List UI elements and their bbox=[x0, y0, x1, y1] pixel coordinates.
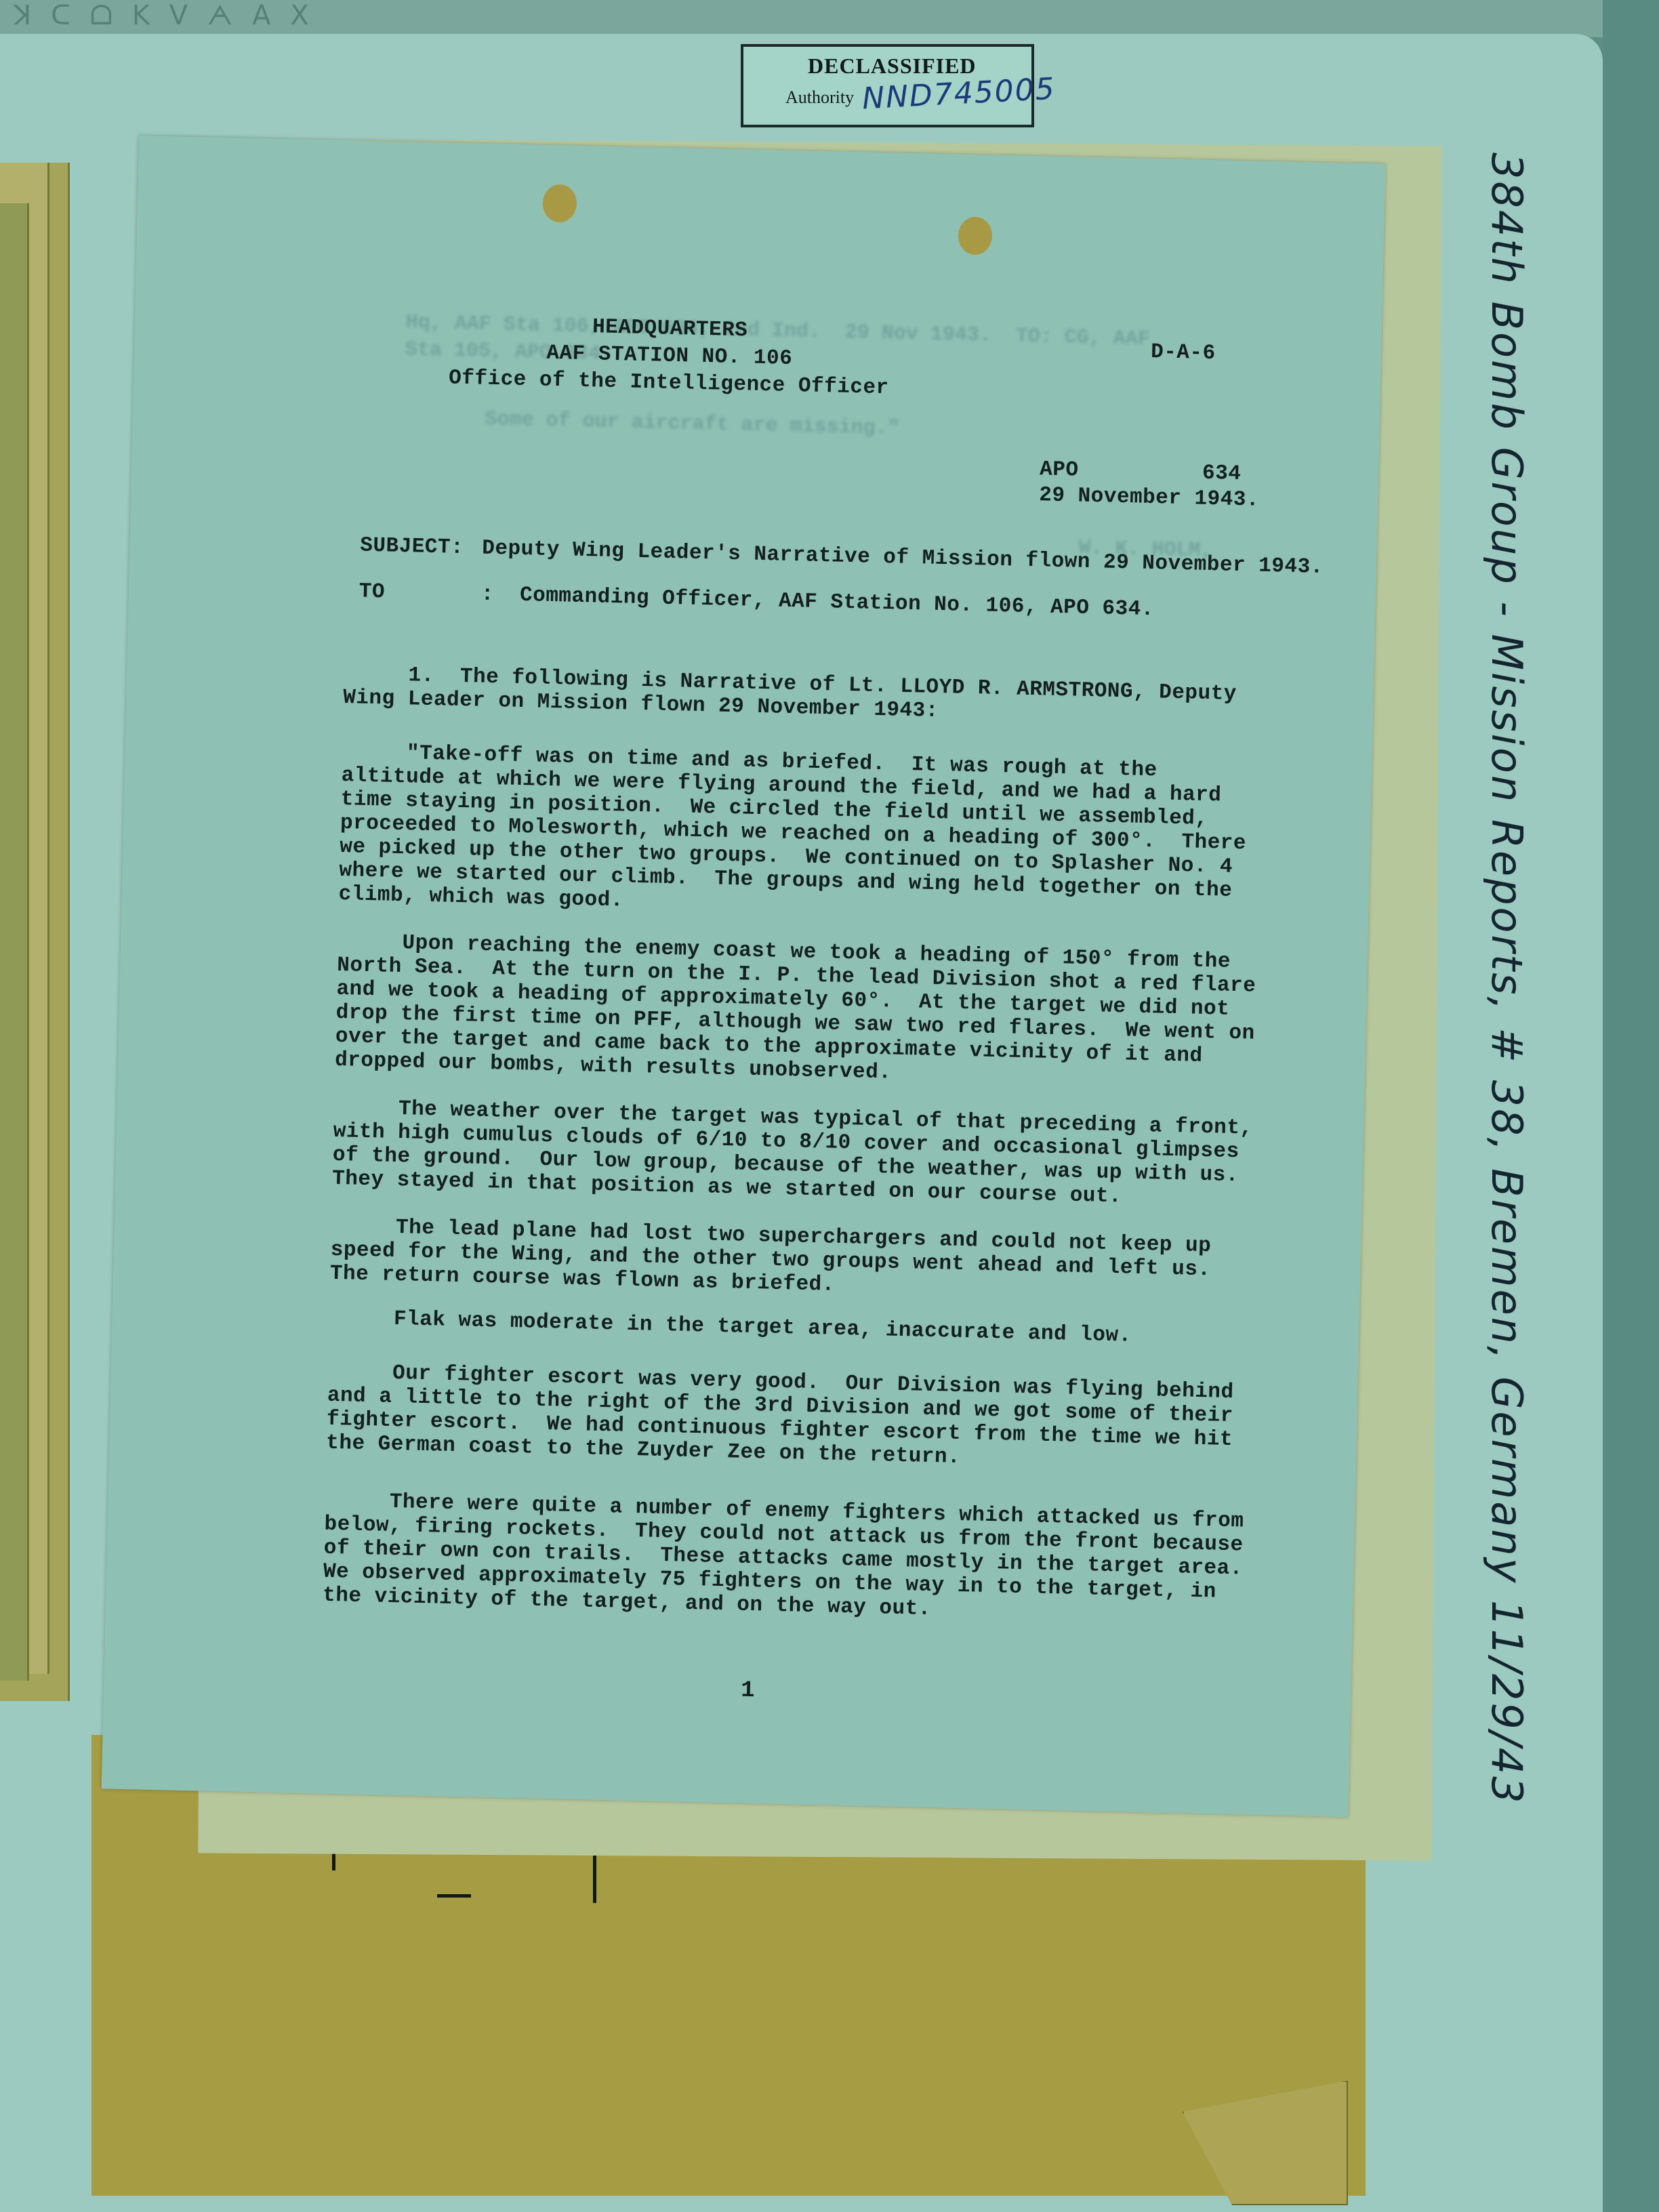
typed-document-page: Hq, AAF Sta 106, APO 634, 2nd Ind. 29 No… bbox=[102, 136, 1386, 1817]
punch-hole bbox=[542, 184, 577, 223]
left-manila-folder bbox=[0, 203, 29, 1681]
handwritten-folder-label: 384th Bomb Group - Mission Reports, # 38… bbox=[1482, 152, 1532, 1805]
header-line-2: AAF STATION NO. 106 bbox=[499, 340, 839, 371]
intro-paragraph: 1. The following is Narrative of Lt. LLO… bbox=[343, 662, 1237, 730]
document-date: 29 November 1943. bbox=[1039, 483, 1259, 512]
apo-label: APO bbox=[1040, 457, 1079, 482]
blurred-background-text: ꓘ ᑕ ᗝ K ᐯ ᗅ A X bbox=[14, 0, 314, 31]
text-line: Flak was moderate in the target area, in… bbox=[329, 1306, 1132, 1348]
registration-mark bbox=[593, 1849, 596, 1903]
narrative-paragraph-weather: The weather over the target was typical … bbox=[332, 1096, 1253, 1212]
stamp-authority-label: Authority bbox=[785, 87, 854, 108]
registration-mark bbox=[437, 1894, 471, 1898]
background-shadow bbox=[1603, 0, 1659, 2212]
document-code: D-A-6 bbox=[1151, 340, 1216, 365]
narrative-paragraph-fighter-escort: Our fighter escort was very good. Our Di… bbox=[326, 1360, 1234, 1475]
narrative-paragraph-enemy-fighters: There were quite a number of enemy fight… bbox=[323, 1489, 1244, 1629]
apo-number: 634 bbox=[1202, 462, 1242, 486]
page-number: 1 bbox=[741, 1678, 755, 1704]
narrative-paragraph-flak: Flak was moderate in the target area, in… bbox=[329, 1306, 1132, 1348]
stamp-title: DECLASSIFIED bbox=[808, 54, 977, 79]
subject-label: SUBJECT: bbox=[360, 534, 464, 560]
bleed-through-text: Some of our aircraft are missing." bbox=[485, 408, 900, 441]
header-line-1: HEADQUARTERS bbox=[568, 314, 772, 343]
to-text: : Commanding Officer, AAF Station No. 10… bbox=[480, 583, 1154, 622]
to-label: TO bbox=[359, 580, 385, 605]
narrative-paragraph-enemy-coast: Upon reaching the enemy coast we took a … bbox=[335, 930, 1257, 1093]
narrative-paragraph-lead-plane: The lead plane had lost two supercharger… bbox=[330, 1214, 1212, 1305]
declassified-stamp: DECLASSIFIED Authority NND745005 bbox=[741, 44, 1034, 127]
narrative-paragraph-takeoff: "Take-off was on time and as briefed. It… bbox=[338, 740, 1248, 926]
punch-hole bbox=[958, 216, 992, 255]
background-top-strip: ꓘ ᑕ ᗝ K ᐯ ᗅ A X bbox=[0, 0, 1659, 37]
